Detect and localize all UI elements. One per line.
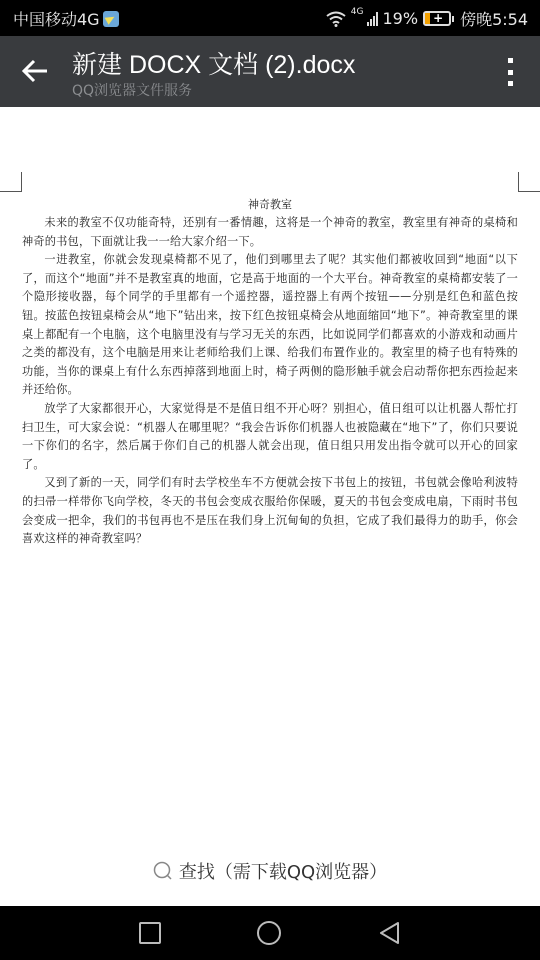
notification-app-icon bbox=[103, 11, 119, 27]
page-corner-marker-left bbox=[0, 172, 22, 192]
document-title: 新建 DOCX 文档 (2).docx bbox=[72, 45, 355, 81]
carrier-label: 中国移动4G bbox=[13, 7, 100, 30]
clock: 傍晚5:54 bbox=[460, 7, 528, 30]
page-corner-marker-right bbox=[518, 172, 540, 192]
battery-percent: 19% bbox=[383, 9, 419, 28]
status-left: 中国移动4G bbox=[13, 7, 119, 30]
find-label: 查找（需下载QQ浏览器） bbox=[179, 858, 387, 884]
network-type-label: 4G bbox=[351, 7, 364, 17]
triangle-back-icon[interactable] bbox=[377, 920, 403, 946]
arrow-left-icon[interactable] bbox=[20, 56, 50, 86]
square-icon[interactable] bbox=[137, 920, 163, 946]
find-button[interactable]: 查找（需下载QQ浏览器） bbox=[0, 855, 540, 887]
paragraph: 又到了新的一天，同学们有时去学校坐车不方便就会按下书包上的按钮，书包就会像哈利波… bbox=[22, 474, 518, 548]
search-icon bbox=[153, 861, 173, 881]
paragraph: 放学了大家都很开心，大家觉得是不是值日组不开心呀？别担心，值日组可以让机器人帮忙… bbox=[22, 400, 518, 474]
document-viewer[interactable]: 神奇教室 未来的教室不仅功能奇特，还别有一番情趣，这将是一个神奇的教室，教室里有… bbox=[0, 107, 540, 907]
paragraph: 一进教室，你就会发现桌椅都不见了，他们到哪里去了呢？其实他们都被收回到“地面“以… bbox=[22, 251, 518, 400]
more-vertical-icon[interactable] bbox=[508, 58, 514, 86]
battery-icon: + bbox=[423, 11, 451, 26]
system-nav-bar bbox=[0, 906, 540, 960]
doc-heading: 神奇教室 bbox=[0, 196, 540, 212]
document-subtitle: QQ浏览器文件服务 bbox=[72, 80, 192, 100]
app-toolbar: 新建 DOCX 文档 (2).docx QQ浏览器文件服务 bbox=[0, 36, 540, 107]
status-bar: 中国移动4G 4G 19% + 傍晚5:54 bbox=[0, 0, 540, 36]
circle-icon[interactable] bbox=[256, 920, 282, 946]
paragraph: 未来的教室不仅功能奇特，还别有一番情趣，这将是一个神奇的教室，教室里有神奇的桌椅… bbox=[22, 214, 518, 251]
signal-icon bbox=[367, 12, 378, 26]
doc-body: 未来的教室不仅功能奇特，还别有一番情趣，这将是一个神奇的教室，教室里有神奇的桌椅… bbox=[22, 214, 518, 549]
wifi-icon bbox=[326, 11, 346, 27]
status-right: 4G 19% + 傍晚5:54 bbox=[326, 7, 528, 30]
